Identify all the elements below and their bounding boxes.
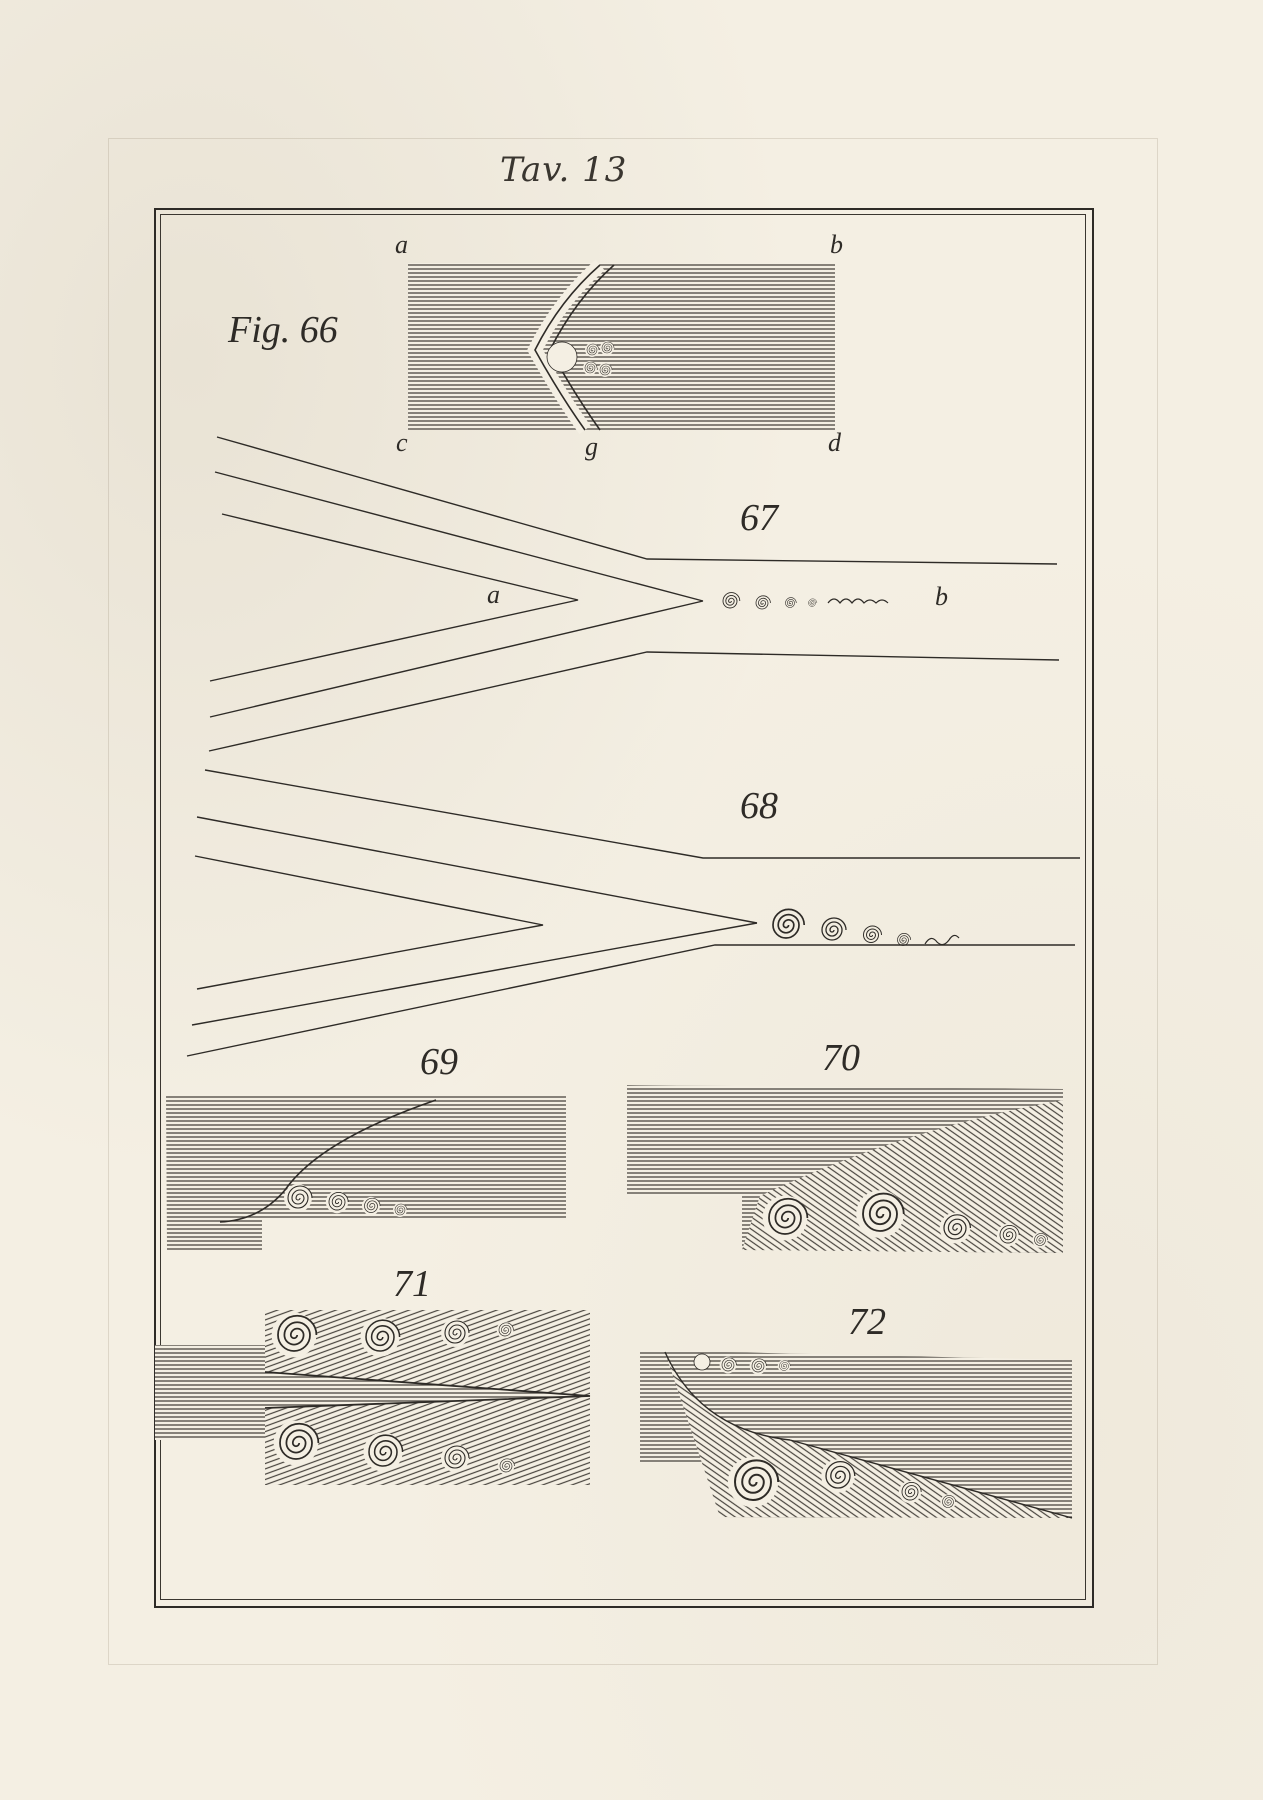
figure-69-drawing: [166, 1094, 566, 1250]
figure-72-label: 72: [848, 1300, 886, 1344]
figure-72-drawing: [640, 1350, 1072, 1518]
figure-66-label: Fig. 66: [228, 308, 338, 352]
engraving-drawings: [0, 0, 1263, 1800]
figure-68-label: 68: [740, 784, 778, 828]
figure-69-label: 69: [420, 1040, 458, 1084]
figure-67-drawing: [209, 437, 1059, 751]
figure-66-point-b: b: [830, 230, 843, 260]
figure-70-label: 70: [822, 1036, 860, 1080]
figure-68-drawing: [187, 770, 1080, 1056]
figure-66-point-g: g: [585, 432, 598, 462]
figure-67-label: 67: [740, 496, 778, 540]
figure-66-point-d: d: [828, 428, 841, 458]
figure-71-drawing: [155, 1310, 590, 1485]
figure-70-drawing: [627, 1085, 1063, 1253]
figure-71-label: 71: [393, 1262, 431, 1306]
figure-66-point-c: c: [396, 428, 408, 458]
figure-67-point-a: a: [487, 580, 500, 610]
figure-66-drawing: [408, 263, 835, 430]
figure-67-point-b: b: [935, 582, 948, 612]
figure-66-point-a: a: [395, 230, 408, 260]
